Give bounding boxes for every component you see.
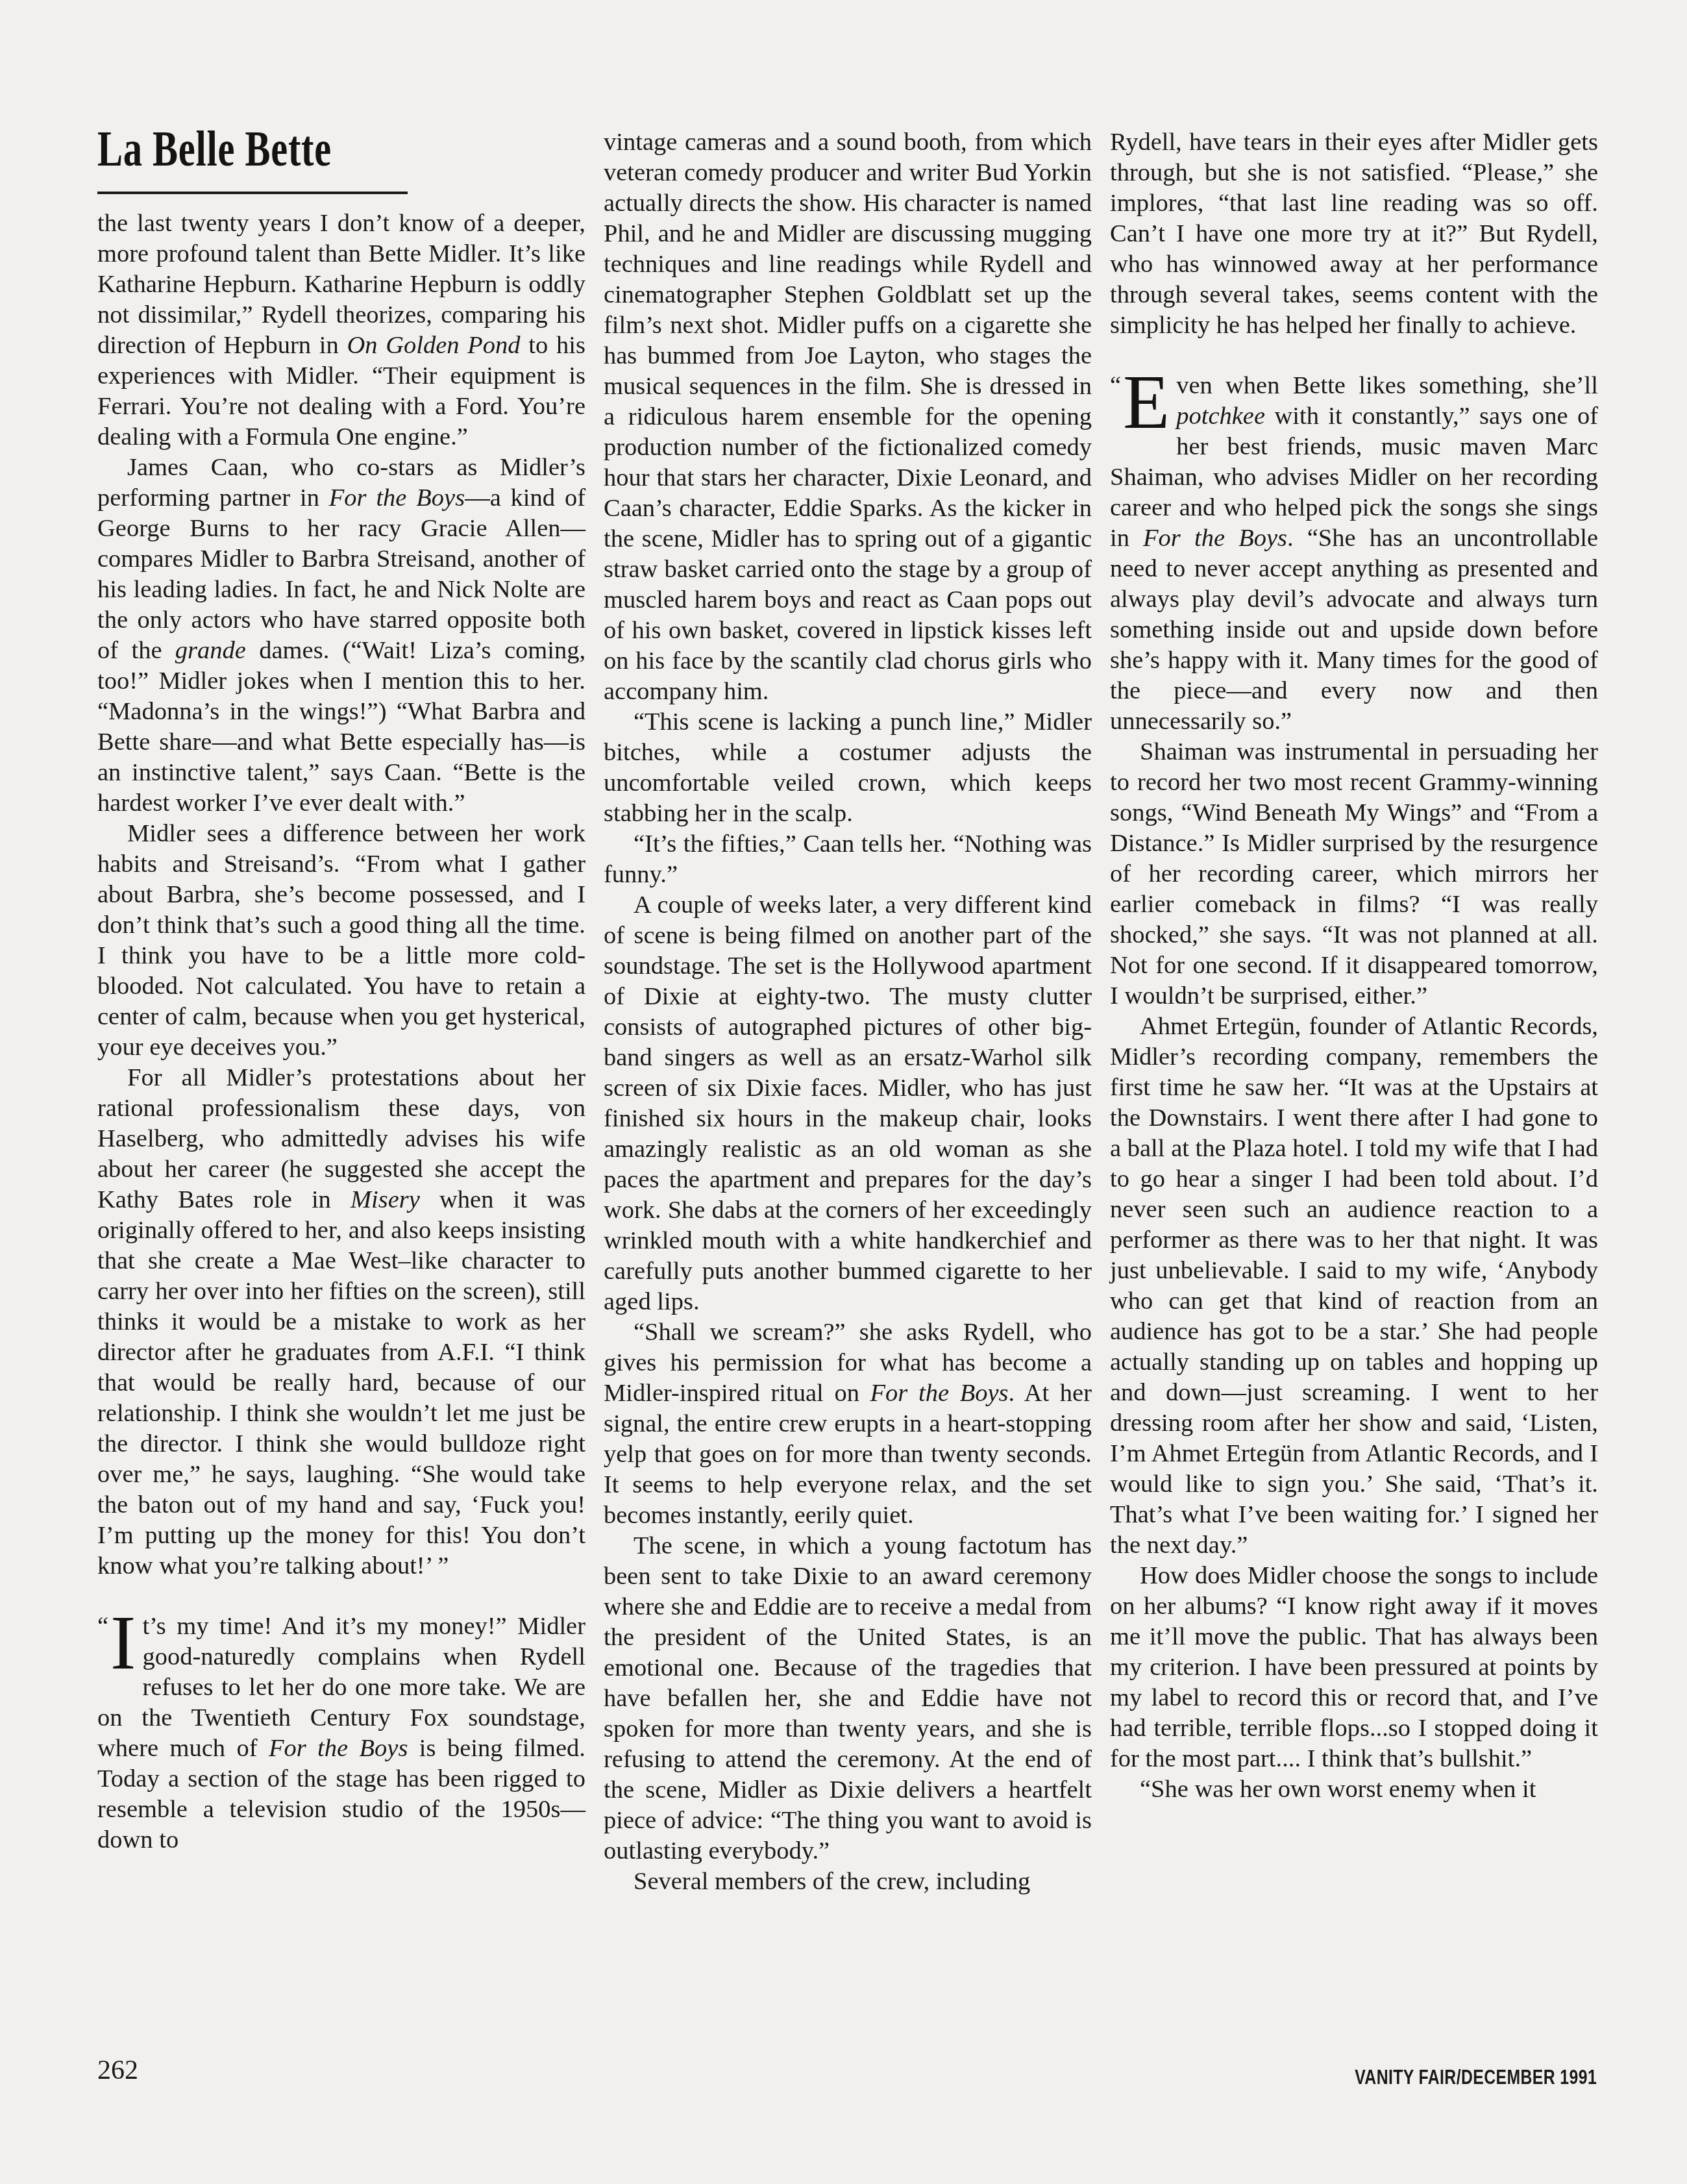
paragraph: “It’s the fifties,” Caan tells her. “Not… [604,829,1092,890]
magazine-credit: VANITY FAIR/DECEMBER 1991 [1355,2067,1597,2087]
paragraph: the last twenty years I don’t know of a … [97,208,585,453]
column-3: Rydell, have tears in their eyes after M… [1110,127,1598,1805]
article-title: La Belle Bette [97,123,458,175]
title-rule [97,192,408,194]
paragraph: Several members of the crew, including [604,1867,1092,1897]
paragraph: Rydell, have tears in their eyes after M… [1110,127,1598,341]
column-2: vintage cameras and a sound booth, from … [604,127,1092,1897]
magazine-page: La Belle Bette the last twenty years I d… [0,0,1687,2184]
paragraph: A couple of weeks later, a very differen… [604,890,1092,1317]
column-3-body: Rydell, have tears in their eyes after M… [1110,127,1598,1805]
paragraph: Midler sees a difference between her wor… [97,819,585,1063]
paragraph: For all Midler’s protestations about her… [97,1063,585,1582]
column-1: La Belle Bette the last twenty years I d… [97,123,585,1855]
paragraph: James Caan, who co-stars as Midler’s per… [97,453,585,819]
paragraph: “This scene is lacking a punch line,” Mi… [604,707,1092,829]
drop-cap-letter: E [1123,373,1170,432]
paragraph: vintage cameras and a sound booth, from … [604,127,1092,707]
paragraph: How does Midler choose the songs to incl… [1110,1561,1598,1774]
drop-cap-letter: I [110,1613,136,1673]
paragraph: The scene, in which a young factotum has… [604,1531,1092,1867]
drop-cap-paragraph: “It’s my time! And it’s my money!” Midle… [97,1611,585,1855]
paragraph: Ahmet Ertegün, founder of Atlantic Recor… [1110,1011,1598,1561]
page-number: 262 [97,2057,138,2084]
lead-quote-mark: “ [1110,371,1121,401]
paragraph: Shaiman was instrumental in persuading h… [1110,737,1598,1011]
paragraph: “Shall we scream?” she asks Rydell, who … [604,1317,1092,1531]
column-1-body: the last twenty years I don’t know of a … [97,208,585,1855]
column-2-body: vintage cameras and a sound booth, from … [604,127,1092,1897]
lead-quote-mark: “ [97,1611,108,1642]
drop-cap-paragraph: “Even when Bette likes something, she’ll… [1110,371,1598,737]
paragraph: “She was her own worst enemy when it [1110,1774,1598,1805]
